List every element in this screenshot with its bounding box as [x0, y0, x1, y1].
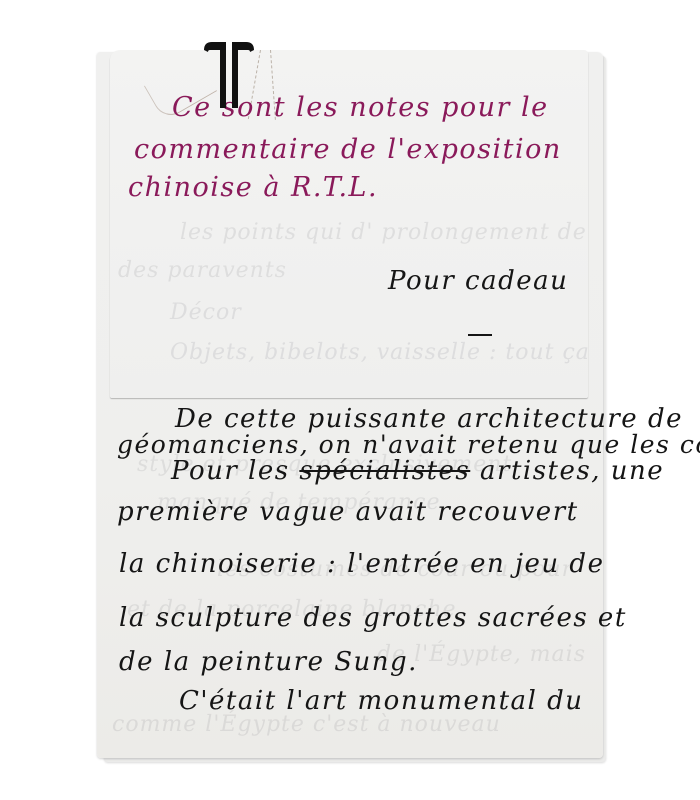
note-line-2: commentaire de l'exposition — [134, 134, 562, 165]
manuscript-line-2: géomanciens, on n'avait retenu que les c… — [117, 430, 700, 459]
pour-cadeau-annotation: Pour cadeau — [388, 266, 568, 296]
manuscript-line-5: la chinoiserie : l'entrée en jeu de — [119, 549, 604, 579]
bleed-through-line: les points qui d' prolongement de — [180, 220, 587, 245]
bleed-through-line: des paravents — [118, 258, 287, 283]
top-note-card: les points qui d' prolongement de des pa… — [110, 50, 588, 398]
manuscript-line-7: de la peinture Sung. — [119, 647, 418, 677]
line-3-prefix: Pour les — [171, 456, 299, 486]
manuscript-line-4: première vague avait recouvert — [117, 497, 579, 527]
line-3-suffix: artistes, une — [470, 456, 664, 486]
manuscript-line-6: la sculpture des grottes sacrées et — [119, 603, 627, 633]
photo-stage: style et presque exclusivement manqué de… — [0, 0, 700, 800]
struck-word: spécialistes — [299, 456, 470, 486]
note-line-3: chinoise à R.T.L. — [128, 172, 378, 203]
bleed-through-line: Décor — [170, 300, 242, 325]
bleed-through-line: Objets, bibelots, vaisselle : tout ça — [170, 340, 588, 365]
manuscript-line-3: Pour les spécialistes artistes, une — [171, 456, 664, 486]
binder-clip-icon — [200, 38, 258, 110]
manuscript-line-8: C'était l'art monumental du — [179, 686, 584, 716]
dash-mark — [468, 334, 492, 336]
